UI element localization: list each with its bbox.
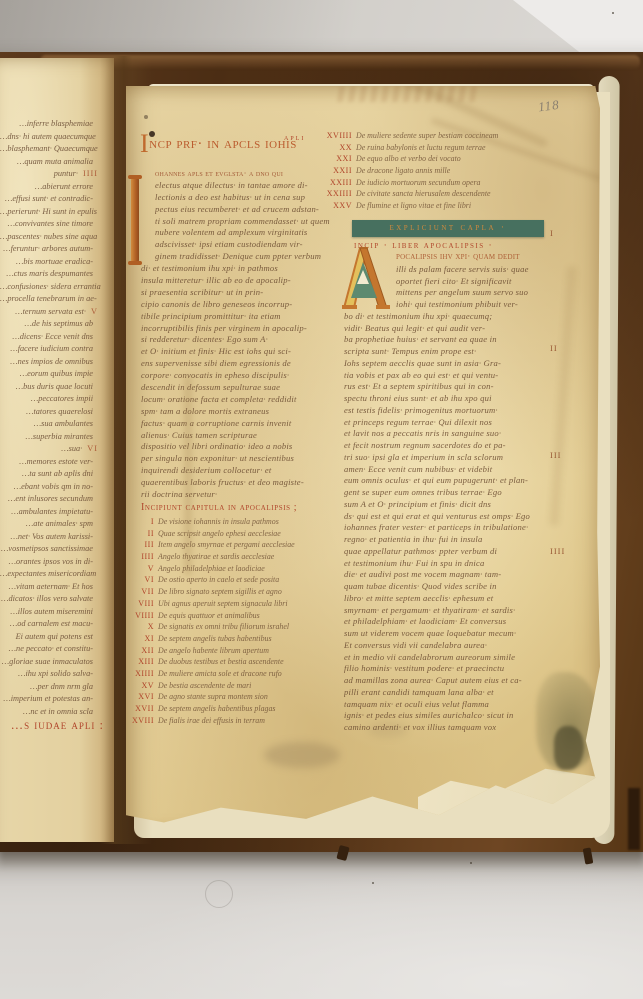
prologue-line: nubere volentem ad amplexum virginitatis xyxy=(155,227,361,239)
prologue-line: dispositio vel libri ordinatio· ideo a n… xyxy=(141,441,361,453)
apocalypse-line: spectu throni eius sunt· et ab ihu xpo q… xyxy=(344,393,568,405)
explicit-capitula-band: expliciunt capla · xyxy=(352,220,544,237)
apocalypse-line: vidit· Beatus qui legit· et qui audit ve… xyxy=(344,323,568,335)
apocalypse-line: tamquam nix· et oculi eius velut flamma xyxy=(344,699,568,711)
capitula-text: De angelo habente librum apertum xyxy=(158,645,269,657)
facing-line-fragment: …ebant vobis qm in no- xyxy=(0,481,106,494)
capitula-numeral: XXI xyxy=(320,153,356,165)
capitula-entry: VIDe ostio aperto in caelo et sede posit… xyxy=(128,574,362,586)
capitula-entry: VIIIIDe equis quattuor et animalibus xyxy=(128,610,362,622)
capitula-text: De civitate sancta hierusalem descendent… xyxy=(356,188,491,200)
facing-line-fragment: …procella tenebrarum in ae- xyxy=(0,293,106,306)
facing-line-fragment: …nes impios de omnibus xyxy=(0,356,106,369)
facing-line-fragment: …dicatos· illos vero salvate xyxy=(0,593,106,606)
apocalypse-line: pilli erant candidi tamquam lana alba· e… xyxy=(344,687,568,699)
apocalypse-line: et testimonium ihu· Fui in spu in dnica xyxy=(344,558,568,570)
capitula-numeral: VI xyxy=(128,574,158,586)
facing-line-fragment: …ate animales· spm xyxy=(0,518,106,531)
facing-line-fragment: …peccatores impii xyxy=(0,393,106,406)
prologue-line: per singula non exponitur· ut nescientib… xyxy=(141,453,361,465)
capitula-entry: XIIIDe duobus testibus et bestia ascende… xyxy=(128,656,362,668)
apocalypse-line: est testis fidelis· primogenitus mortuor… xyxy=(344,405,568,417)
facing-line-fragment: …abierunt errore xyxy=(0,181,106,194)
capitula-text: De flumine et ligno vitae et fine libri xyxy=(356,200,471,212)
capitula-text: Angelo philadelphiae et laodiciae xyxy=(158,563,265,575)
apocalypse-line: tri suo· ipsi gla et imperium in scla sc… xyxy=(344,452,568,464)
prologue-line: rii doctrina servetur· xyxy=(141,489,361,501)
apocalypse-line: scripta sunt· Tempus enim prope est· xyxy=(344,346,568,358)
capitula-rubric: Incipiunt capitula in apocalipsis ; xyxy=(141,502,365,513)
capitula-entry: IIIIAngelo thyatirae et sardis aecclesia… xyxy=(128,551,362,563)
facing-line-fragment: …ent inlusores secundum xyxy=(0,493,106,506)
facing-line-fragment: …ta sunt ab aplis dni xyxy=(0,468,106,481)
apocalypse-line: rus est· Et a septem spiritibus qui in c… xyxy=(344,381,568,393)
facing-line-fragment: …feruntur· arbores autum- xyxy=(0,243,106,256)
capitula-numeral: XXII xyxy=(320,165,356,177)
capitula-text: De dracone ligato annis mille xyxy=(356,165,450,177)
facing-line-fragment: …sua ambulantes xyxy=(0,418,106,431)
capitula-text: De septem angelis tubas habentibus xyxy=(158,633,272,645)
capitula-numeral: XIII xyxy=(128,656,158,668)
capitula-numeral: VIII xyxy=(128,598,158,610)
capitula-numeral: VIIII xyxy=(128,610,158,622)
capitula-text: De ostio aperto in caelo et sede posita xyxy=(158,574,279,586)
apocalypse-line: oportet fieri cito· Et significavit xyxy=(396,276,568,288)
apocalypse-line: regno· et patientia in ihu· fui in insul… xyxy=(344,534,568,546)
apocalypse-line: smyrnam· et pergamum· et thyatiram· et s… xyxy=(344,605,568,617)
capitula-entry: XVIIIDe fialis irae dei effusis in terra… xyxy=(128,715,362,727)
facing-line-fragment: puntur·IIII xyxy=(0,168,106,181)
parchment-wrinkle xyxy=(184,376,192,576)
capitula-numeral: VII xyxy=(128,586,158,598)
apocalypse-line: filio hominis· vestitum podere· et praec… xyxy=(344,663,568,675)
capitula-entry: XDe signatis ex omni tribu filiorum isra… xyxy=(128,621,362,633)
apocalypse-line: et in medio vii candelabrorum aureorum s… xyxy=(344,652,568,664)
capitula-entry: XIDe septem angelis tubas habentibus xyxy=(128,633,362,645)
capitula-text: De visione iohannis in insula pathmos xyxy=(158,516,279,528)
facing-line-fragment: Ei autem qui potens est xyxy=(0,631,106,644)
prologue-line: ens supervenisse sibi diem egressionis d… xyxy=(141,358,361,370)
capitula-numeral: XI xyxy=(128,633,158,645)
facing-line-fragment: …per dnm nrm gla xyxy=(0,681,106,694)
apocalypse-line: et fecit nostrum regnum sacerdotes do et… xyxy=(344,440,568,452)
prologue-line: corpore· convocatis in epheso discipulis… xyxy=(141,370,361,382)
capitula-text: Quae scripsit angelo ephesi aecclesiae xyxy=(158,528,281,540)
capitula-text: De equis quattuor et animalibus xyxy=(158,610,260,622)
facing-line-fragments: …inferre blasphemiae …dns· hi autem quae… xyxy=(0,118,106,718)
surface-ring-mark xyxy=(205,880,233,908)
capitula-text: De signatis ex omni tribu filiorum israh… xyxy=(158,621,289,633)
apocalypse-line: die· et audivi post me vocem magnam· tam… xyxy=(344,569,568,581)
prologue-line: alienus· Cuius tamen scripturae xyxy=(141,430,361,442)
facing-line-fragment: …vosmetipsos sanctissimae xyxy=(0,543,106,556)
prologue-line: ginem tradidisset· Denique cum ppter ver… xyxy=(155,251,361,263)
margin-numeral: IIII xyxy=(550,546,565,556)
apocalypse-line: quam tubae dicentis· Quod vides scribe i… xyxy=(344,581,568,593)
apocalypse-line: iohi· qui testimonium phibuit ver- xyxy=(396,299,568,311)
marginal-numeral: IIII xyxy=(83,169,98,178)
capitula-text: Angelo thyatirae et sardis aecclesiae xyxy=(158,551,274,563)
facing-line-fragment: …dicens· Ecce venit dns xyxy=(0,331,106,344)
recto-page: 118 apli Incp prf· in apcls iohis ohanne… xyxy=(126,86,600,830)
apocalypse-line: ignis· et pedes eius similes aurichalco·… xyxy=(344,710,568,722)
facing-line-fragment: …ambulantes impietatu- xyxy=(0,506,106,519)
facing-line-fragment: …ne peccato· et constitu- xyxy=(0,643,106,656)
facing-line-fragment: …blasphemant· Quaecumque xyxy=(0,143,106,156)
decorated-initial-I xyxy=(131,178,139,262)
apocalypse-line: mittens per angelum suum servo suo xyxy=(396,287,568,299)
facing-line-fragment: …illos autem miseremini xyxy=(0,606,106,619)
binding-top-edge xyxy=(40,55,640,69)
apocalypse-line: et princeps regum terrae· Qui dilexit no… xyxy=(344,417,568,429)
capitula-text: Ubi agnus aperuit septem signacula libri xyxy=(158,598,288,610)
apocalypse-line: gent se super eum omnes tribus terrae· E… xyxy=(344,487,568,499)
apocalypse-line: et philadelphiam· et laodiciam· Et conve… xyxy=(344,616,568,628)
capitula-numeral: X xyxy=(128,621,158,633)
capitula-entry: XVIIDe septem angelis habentibus plagas xyxy=(128,703,362,715)
capitula-numeral: III xyxy=(128,539,158,551)
apocalypse-line: amen· Ecce venit cum nubibus· et videbit xyxy=(344,464,568,476)
capitula-text: De muliere amicta sole et dracone rufo xyxy=(158,668,282,680)
prologue-line: insula mitteretur· illic ab eo de apocal… xyxy=(141,275,361,287)
prologue-line: incorruptibilis finis per virginem in ap… xyxy=(141,323,361,335)
capitula-entry: IIIItem angelo smyrnae et pergami aeccle… xyxy=(128,539,362,551)
capitula-numeral: XXIII xyxy=(320,177,356,189)
apocalypse-line: ba prophetiae huius· et servant ea quae … xyxy=(344,334,568,346)
capitula-entry: XXVDe flumine et ligno vitae et fine lib… xyxy=(320,200,564,212)
apocalypse-line: iohannes frater vester· et particeps in … xyxy=(344,522,568,534)
facing-line-fragment: …ternum servata est·V xyxy=(0,306,106,319)
prologue-line: factus· quam a corruptione carnis inveni… xyxy=(141,418,361,430)
facing-line-fragment: …imperium et potestas an- xyxy=(0,693,106,706)
capitula-numeral: IIII xyxy=(128,551,158,563)
manuscript-photo: …inferre blasphemiae …dns· hi autem quae… xyxy=(0,0,643,999)
prologue-line: si redderetur· dicentes· Ego sum A· xyxy=(141,334,361,346)
facing-line-fragment: …effusi sunt· et contradic- xyxy=(0,193,106,206)
capitula-entry: IIQuae scripsit angelo ephesi aecclesiae xyxy=(128,528,362,540)
facing-line-fragment: …convivantes sine timore xyxy=(0,218,106,231)
facing-page-strip: …inferre blasphemiae …dns· hi autem quae… xyxy=(0,58,114,842)
apocalypse-line: ad mamillas zona aurea· Caput autem eius… xyxy=(344,675,568,687)
capitula-text: De ruina babylonis et luctu regum terrae xyxy=(356,142,485,154)
capitula-entry: IDe visione iohannis in insula pathmos xyxy=(128,516,362,528)
margin-numeral: I xyxy=(550,228,554,238)
capitula-entry: XVDe bestia ascendente de mari xyxy=(128,680,362,692)
margin-numeral: II xyxy=(550,343,558,353)
rubric-initial-I: I xyxy=(140,129,149,158)
facing-line-fragment: …perierunt· Hi sunt in epulis xyxy=(0,206,106,219)
apocalypse-line: quae appellatur pathmos· ppter verbum di xyxy=(344,546,568,558)
capitula-numeral: XII xyxy=(128,645,158,657)
facing-line-fragment: …tatores quaerelosi xyxy=(0,406,106,419)
facing-line-fragment: …bis mortuae eradica- xyxy=(0,256,106,269)
apocalypse-line: illi ds palam facere servis suis· quae xyxy=(396,264,568,276)
capitula-numeral: II xyxy=(128,528,158,540)
capitula-numeral: XVI xyxy=(128,691,158,703)
prologue-line: tibile principium promittitur· ita etiam xyxy=(141,311,361,323)
capitula-text: Item angelo smyrnae et pergami aecclesia… xyxy=(158,539,295,551)
capitula-text: De septem angelis habentibus plagas xyxy=(158,703,275,715)
facing-line-fragment: …eorum quibus impie xyxy=(0,368,106,381)
prologue-line: locum· oratione facta et completa· reddi… xyxy=(141,394,361,406)
capitula-text: De bestia ascendente de mari xyxy=(158,680,251,692)
apocalypse-line: eum omnis oculus· et qui eum pupugerunt·… xyxy=(344,475,568,487)
facing-line-fragment: …confusiones· sidera errantia xyxy=(0,281,106,294)
prologue-line: spm· tam a dolore mortis extraneus xyxy=(141,406,361,418)
facing-line-fragment: …dns· hi autem quaecumque xyxy=(0,131,106,144)
capitula-numeral: XVII xyxy=(128,703,158,715)
apocalypse-line: ds· qui est et qui erat et qui venturus … xyxy=(344,511,568,523)
prologue-line: inquirendi desiderium collocetur· et xyxy=(141,465,361,477)
apocalypse-line: pocalipsis ihv xpi· quam dedit xyxy=(396,252,568,264)
capitula-list-continued: XVIIIIDe muliere sedente super bestiam c… xyxy=(320,130,564,212)
apocalypse-line: sum A et O· principium et finis· dicit d… xyxy=(344,499,568,511)
capitula-entry: XXIIIDe iudicio mortuorum secundum opera xyxy=(320,177,564,189)
capitula-numeral: XVIII xyxy=(128,715,158,727)
facing-line-fragment: …bus duris quae locuti xyxy=(0,381,106,394)
apocalypse-line: tia vobis et pax ab eo qui est· et qui v… xyxy=(344,370,568,382)
capitula-entry: XXIIDe dracone ligato annis mille xyxy=(320,165,564,177)
facing-line-fragment: …sua·VI xyxy=(0,443,106,456)
capitula-text: De agno stante supra montem sion xyxy=(158,691,268,703)
apocalypse-text: pocalipsis ihv xpi· quam deditilli ds pa… xyxy=(344,252,568,734)
facing-line-fragment: …inferre blasphemiae xyxy=(0,118,106,131)
capitula-entry: VAngelo philadelphiae et laodiciae xyxy=(128,563,362,575)
facing-line-fragment: …orantes ipsos vos in di- xyxy=(0,556,106,569)
apocalypse-line: et lavit nos a peccatis nris in sanguine… xyxy=(344,428,568,440)
capitula-numeral: XIIII xyxy=(128,668,158,680)
facing-line-fragment: …memores estote ver- xyxy=(0,456,106,469)
apocalypse-line: Et conversus vidi vii candelabra aurea· xyxy=(344,640,568,652)
prologue-line: ti soli matrem propriam commendasset· ut… xyxy=(155,216,361,228)
capitula-text: De equo albo et verbo dei vocato xyxy=(356,153,461,165)
apocalypse-line: sum ut viderem vocem quae loquebatur mec… xyxy=(344,628,568,640)
apocalypse-line: libro· et mitte septem aecclis· ephesum … xyxy=(344,593,568,605)
capitula-text: De iudicio mortuorum secundum opera xyxy=(356,177,480,189)
capitula-numeral: XVIIII xyxy=(320,130,356,142)
facing-line-fragment: …gloriae suae inmaculatos xyxy=(0,656,106,669)
capitula-numeral: V xyxy=(128,563,158,575)
facing-line-fragment: …facere iudicium contra xyxy=(0,343,106,356)
apocalypse-line: Iohs septem aecclis quae sunt in asia· G… xyxy=(344,358,568,370)
prologue-line: descendit in defossum sepulturae suae xyxy=(141,382,361,394)
prologue-line: quaerentibus laboris fructus· et deo mag… xyxy=(141,477,361,489)
dust-speck xyxy=(372,882,374,884)
leather-fiber xyxy=(628,788,640,850)
capitula-text: De duobus testibus et bestia ascendente xyxy=(158,656,284,668)
marginal-numeral: V xyxy=(91,307,98,316)
capitula-list: IDe visione iohannis in insula pathmos I… xyxy=(128,516,362,726)
capitula-text: De libro signato septem sigillis et agno xyxy=(158,586,282,598)
capitula-numeral: XX xyxy=(320,142,356,154)
facing-line-fragment: …expectantes misericordiam xyxy=(0,568,106,581)
capitula-entry: XIIIIDe muliere amicta sole et dracone r… xyxy=(128,668,362,680)
facing-line-fragment: …nc et in omnia scla xyxy=(0,706,106,719)
capitula-entry: XIIDe angelo habente librum apertum xyxy=(128,645,362,657)
facing-line-fragment: …ctus maris despumantes xyxy=(0,268,106,281)
facing-line-fragment: …vitam aeternam· Et hos xyxy=(0,581,106,594)
facing-line-fragment: …quam muta animalia xyxy=(0,156,106,169)
ink-spot xyxy=(144,115,148,119)
prologue-line: et O· initium et finis· Hic est iohs qui… xyxy=(141,346,361,358)
capitula-numeral: I xyxy=(128,516,158,528)
dirt-smudge xyxy=(264,742,340,768)
dust-speck xyxy=(612,12,614,14)
capitula-entry: VIIDe libro signato septem sigillis et a… xyxy=(128,586,362,598)
facing-line-fragment: …superbia mirantes xyxy=(0,431,106,444)
ink-spot xyxy=(149,131,155,137)
prologue-line: si praesentia scribitur· ut in prin- xyxy=(141,287,361,299)
dirt-smudge xyxy=(368,722,408,738)
rubric-text: ncp prf· in apcls iohis xyxy=(149,136,297,152)
prologue-text: ohannes apls et evglsta· a dno quielectu… xyxy=(141,168,361,501)
prologue-line: di· et testimonium ihu xpi· in pathmos xyxy=(141,263,361,275)
capitula-numeral: XXIIII xyxy=(320,188,356,200)
apocalypse-line: bo di· et testimonium ihu xpi· quaecumq; xyxy=(344,311,568,323)
facing-line-fragment: …od carnalem est macu- xyxy=(0,618,106,631)
capitula-numeral: XV xyxy=(128,680,158,692)
capitula-text: De fialis irae dei effusis in terram xyxy=(158,715,265,727)
jude-explicit-rubric: …s iudae apli : xyxy=(0,718,113,733)
facing-line-fragment: …net· Vos autem karissi- xyxy=(0,531,106,544)
facing-line-fragment: …de his septimus ab xyxy=(0,318,106,331)
capitula-entry: XXIIIIDe civitate sancta hierusalem desc… xyxy=(320,188,564,200)
facing-line-fragment: …ihu xpi solido salva- xyxy=(0,668,106,681)
capitula-entry: XVIDe agno stante supra montem sion xyxy=(128,691,362,703)
capitula-entry: VIIIUbi agnus aperuit septem signacula l… xyxy=(128,598,362,610)
prologue-line: adscivisset· ipsi etiam custodiendam vir… xyxy=(155,239,361,251)
prologue-line: cipio canonis de libro geneseos incorrup… xyxy=(141,299,361,311)
capitula-numeral: XXV xyxy=(320,200,356,212)
marginal-numeral: VI xyxy=(87,444,98,453)
facing-line-fragment: …pascentes· nubes sine aqua xyxy=(0,231,106,244)
